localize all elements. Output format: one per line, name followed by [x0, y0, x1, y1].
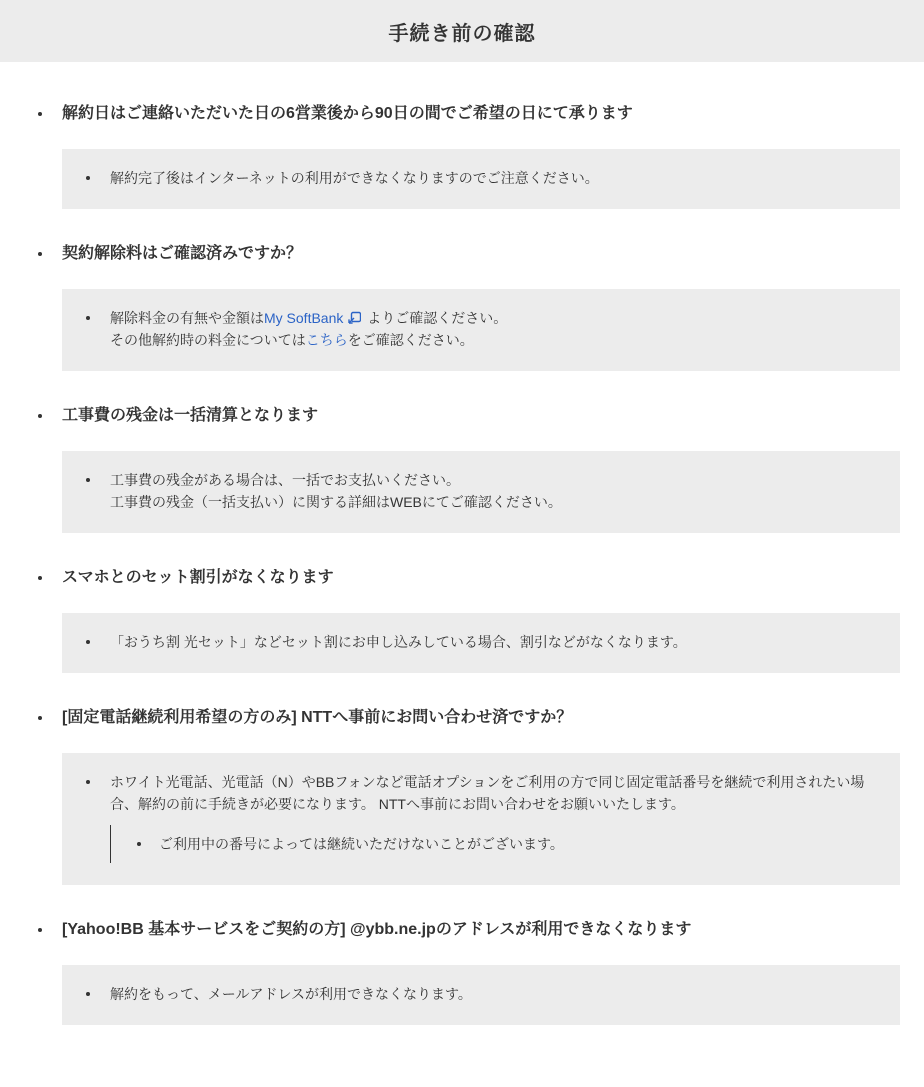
bullet-icon — [86, 469, 110, 513]
heading-row: [Yahoo!BB 基本サービスをご契約の方] @ybb.ne.jpのアドレスが… — [0, 919, 924, 941]
heading-row: 契約解除料はご確認済みですか？ — [0, 243, 924, 265]
content: 解約日はご連絡いただいた日の6営業後から90日の間でご希望の日にて承ります 解約… — [0, 62, 924, 1087]
item-text: 解約をもって、メールアドレスが利用できなくなります。 — [110, 983, 876, 1005]
page: 手続き前の確認 解約日はご連絡いただいた日の6営業後から90日の間でご希望の日に… — [0, 0, 924, 1087]
bullet-icon — [38, 243, 62, 265]
bullet-icon — [86, 167, 110, 189]
info-box: ホワイト光電話、光電話（N）やBBフォンなど電話オプションをご利用の方で同じ固定… — [62, 753, 900, 885]
my-softbank-link[interactable]: My SoftBank — [264, 310, 343, 326]
item-line: 工事費の残金がある場合は、一括でお支払いください。 — [110, 469, 876, 491]
item-text: をご確認ください。 — [348, 332, 474, 348]
section-heading: 解約日はご連絡いただいた日の6営業後から90日の間でご希望の日にて承ります — [62, 103, 633, 125]
page-header: 手続き前の確認 — [0, 0, 924, 62]
list-item: 解除料金の有無や金額はMy SoftBank よりご確認ください。 その他解約時… — [86, 307, 876, 351]
section-heading: 契約解除料はご確認済みですか？ — [62, 243, 302, 265]
heading-row: 解約日はご連絡いただいた日の6営業後から90日の間でご希望の日にて承ります — [0, 103, 924, 125]
bullet-icon — [86, 631, 110, 653]
bullet-icon — [38, 405, 62, 427]
page-title: 手続き前の確認 — [389, 17, 536, 46]
item-text: ホワイト光電話、光電話（N）やBBフォンなど電話オプションをご利用の方で同じ固定… — [110, 771, 876, 815]
bullet-icon — [38, 707, 62, 729]
section-heading: [Yahoo!BB 基本サービスをご契約の方] @ybb.ne.jpのアドレスが… — [62, 919, 691, 941]
external-link-icon[interactable] — [347, 311, 361, 325]
list-item: 「おうち割 光セット」などセット割にお申し込みしている場合、割引などがなくなりま… — [86, 631, 876, 653]
item-text: よりご確認ください。 — [363, 310, 507, 326]
item-text: 解除料金の有無や金額は — [110, 310, 264, 326]
section-ybb-mail: [Yahoo!BB 基本サービスをご契約の方] @ybb.ne.jpのアドレスが… — [0, 919, 924, 1025]
item-text: その他解約時の料金については — [110, 332, 306, 348]
bullet-icon — [86, 983, 110, 1005]
section-heading: [固定電話継続利用希望の方のみ] NTTへ事前にお問い合わせ済ですか？ — [62, 707, 572, 729]
heading-row: [固定電話継続利用希望の方のみ] NTTへ事前にお問い合わせ済ですか？ — [0, 707, 924, 729]
section-construction-fee: 工事費の残金は一括清算となります 工事費の残金がある場合は、一括でお支払いくださ… — [0, 405, 924, 533]
section-fixed-phone: [固定電話継続利用希望の方のみ] NTTへ事前にお問い合わせ済ですか？ ホワイト… — [0, 707, 924, 885]
section-cancel-date: 解約日はご連絡いただいた日の6営業後から90日の間でご希望の日にて承ります 解約… — [0, 103, 924, 209]
section-cancellation-fee: 契約解除料はご確認済みですか？ 解除料金の有無や金額はMy SoftBank よ… — [0, 243, 924, 371]
bullet-icon — [86, 307, 110, 351]
bullet-icon — [137, 833, 159, 855]
heading-row: スマホとのセット割引がなくなります — [0, 567, 924, 589]
info-box: 「おうち割 光セット」などセット割にお申し込みしている場合、割引などがなくなりま… — [62, 613, 900, 673]
item-text: 「おうち割 光セット」などセット割にお申し込みしている場合、割引などがなくなりま… — [110, 631, 876, 653]
list-item: ホワイト光電話、光電話（N）やBBフォンなど電話オプションをご利用の方で同じ固定… — [86, 771, 876, 865]
list-item: 解約をもって、メールアドレスが利用できなくなります。 — [86, 983, 876, 1005]
section-heading: 工事費の残金は一括清算となります — [62, 405, 318, 427]
section-heading: スマホとのセット割引がなくなります — [62, 567, 334, 589]
list-item: 工事費の残金がある場合は、一括でお支払いください。 工事費の残金（一括支払い）に… — [86, 469, 876, 513]
item-line: 解除料金の有無や金額はMy SoftBank よりご確認ください。 — [110, 307, 876, 329]
bullet-icon — [38, 919, 62, 941]
info-box: 解約をもって、メールアドレスが利用できなくなります。 — [62, 965, 900, 1025]
note-text: ご利用中の番号によっては継続いただけないことがございます。 — [159, 833, 564, 855]
info-box: 工事費の残金がある場合は、一括でお支払いください。 工事費の残金（一括支払い）に… — [62, 451, 900, 533]
item-line: その他解約時の料金についてはこちらをご確認ください。 — [110, 329, 876, 351]
info-box: 解約完了後はインターネットの利用ができなくなりますのでご注意ください。 — [62, 149, 900, 209]
bullet-icon — [38, 103, 62, 125]
note-item: ご利用中の番号によっては継続いただけないことがございます。 — [137, 833, 876, 855]
nested-note: ご利用中の番号によっては継続いただけないことがございます。 — [110, 825, 876, 863]
info-box: 解除料金の有無や金額はMy SoftBank よりご確認ください。 その他解約時… — [62, 289, 900, 371]
section-set-discount: スマホとのセット割引がなくなります 「おうち割 光セット」などセット割にお申し込… — [0, 567, 924, 673]
bullet-icon — [38, 567, 62, 589]
list-item: 解約完了後はインターネットの利用ができなくなりますのでご注意ください。 — [86, 167, 876, 189]
heading-row: 工事費の残金は一括清算となります — [0, 405, 924, 427]
bullet-icon — [86, 771, 110, 865]
kochira-link[interactable]: こちら — [306, 332, 348, 348]
item-text: 解約完了後はインターネットの利用ができなくなりますのでご注意ください。 — [110, 167, 876, 189]
item-line: 工事費の残金（一括支払い）に関する詳細はWEBにてご確認ください。 — [110, 491, 876, 513]
